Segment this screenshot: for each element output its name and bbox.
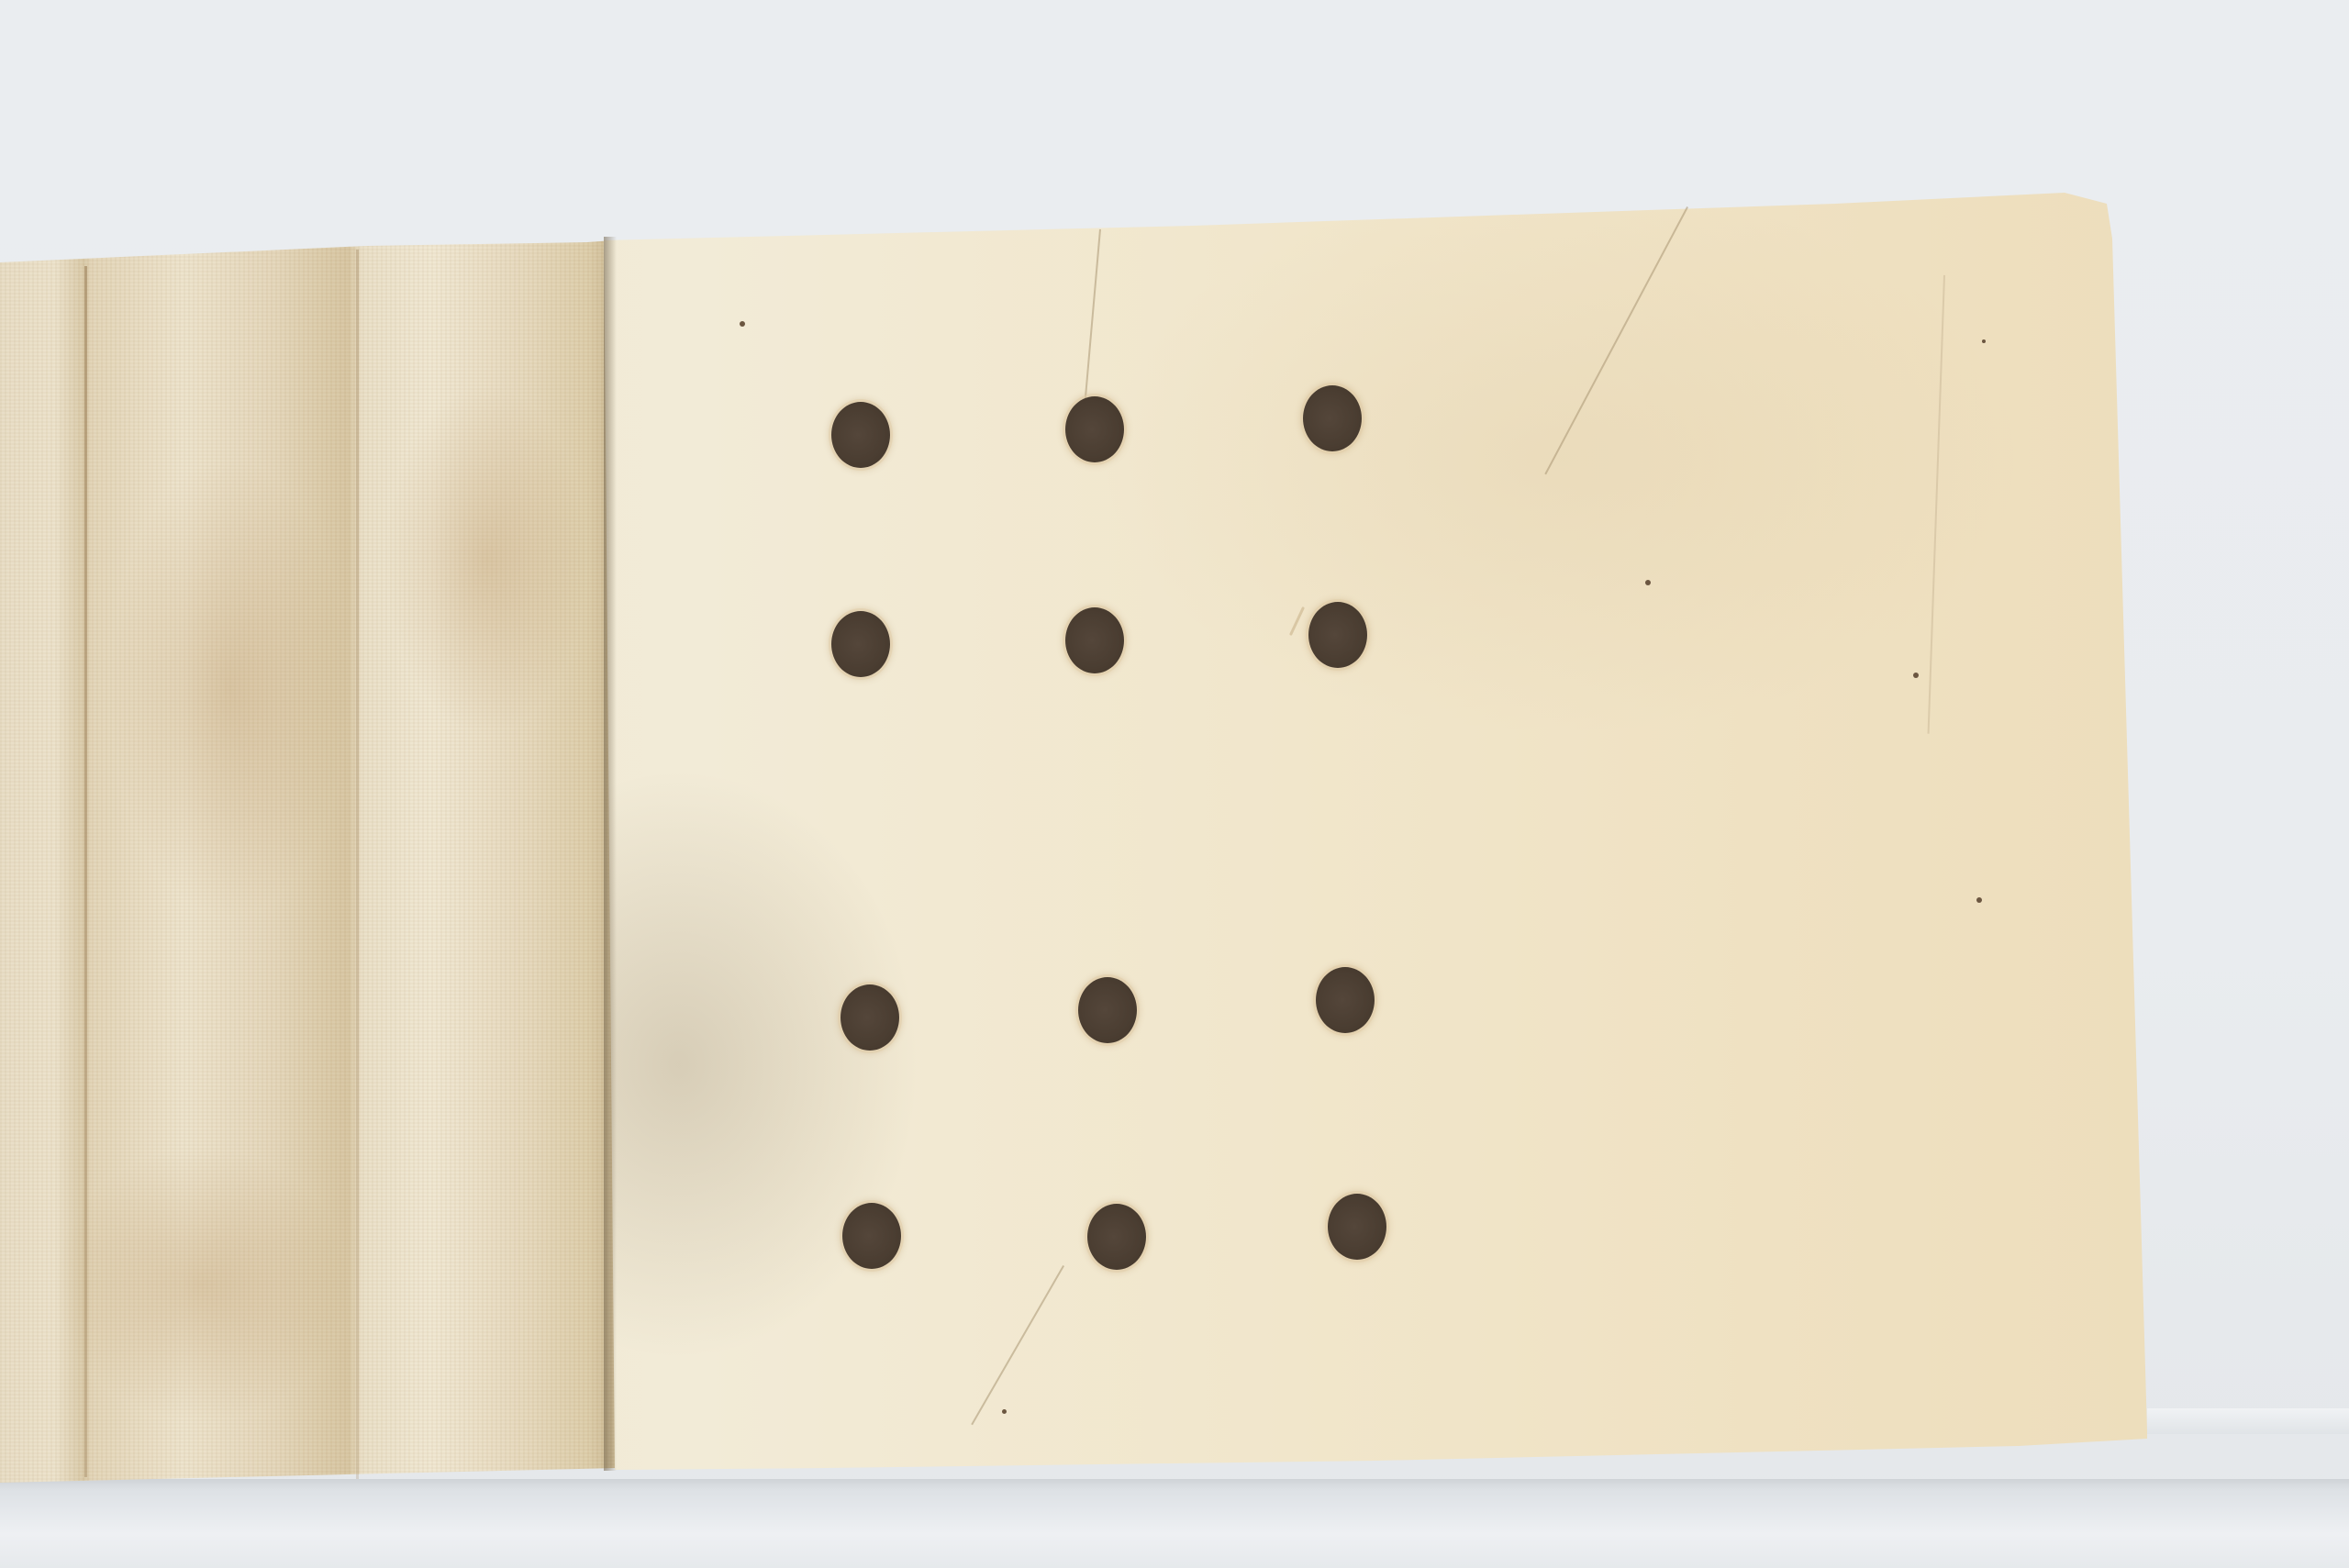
textile-stain [110,459,349,917]
speck [1002,1409,1007,1414]
speck [740,321,745,327]
punched-hole [842,1203,901,1269]
punched-hole [841,984,899,1051]
textile-fold-line [356,250,359,1479]
textile-stain [385,385,587,734]
punched-hole [1328,1194,1386,1260]
punched-hole [1087,1204,1146,1270]
scene-description: Aged cream-colored strip: woven textile … [0,0,1,1]
surface-shelf [0,1479,2349,1568]
punched-hole [1078,977,1137,1043]
speck [1645,580,1651,585]
punched-hole [1316,967,1375,1033]
textile-fold-line [84,266,87,1477]
punched-hole [1065,396,1124,462]
leather-edge-shadow [604,237,617,1471]
speck [1982,339,1986,343]
speck [1976,897,1982,903]
textile-section [0,0,617,1568]
punched-hole [831,611,890,677]
textile-stain [55,1147,349,1422]
photo-scene: Aged cream-colored strip: woven textile … [0,0,2349,1568]
surface-ledge [2147,1408,2349,1434]
punched-hole [1065,607,1124,673]
punched-hole [1303,385,1362,451]
speck [1913,673,1919,678]
punched-hole [831,402,890,468]
punched-hole [1308,602,1367,668]
